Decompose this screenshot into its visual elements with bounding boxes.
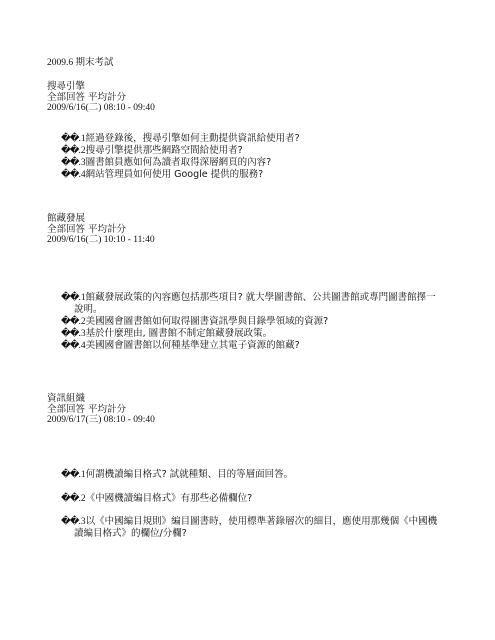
question-item: ��.4美國國會圖書館以何種基準建立其電子資源的館藏? [61,340,300,352]
question-text: 基於什麼理由, 圖書館不制定館藏發展政策。 [86,328,273,339]
bullet-glyph-icon: �� [61,292,78,303]
section-schedule: 2009/6/16(二) 08:10 - 09:40 [47,103,155,114]
bullet-glyph-icon: �� [61,493,78,504]
question-text-continuation: 說明。 [61,304,436,316]
section-instruction: 全部回答 平均計分 [47,404,126,415]
bullet-glyph-icon: �� [61,157,78,168]
question-text: 館藏發展政策的內容應包括那些項目? 就大學圖書館、公共圖書館或專門圖書館擇一 [86,292,436,303]
section-schedule: 2009/6/16(二) 10:10 - 11:40 [47,235,155,246]
question-text: 搜尋引擎提供那些網路空間給使用者? [86,145,243,156]
document-page: 2009.6 期末考試 搜尋引擎 全部回答 平均計分 2009/6/16(二) … [0,0,495,640]
question-text: 圖書館員應如何為讀者取得深層網頁的內容? [86,157,272,168]
question-text: 美國國會圖書館以何種基準建立其電子資源的館藏? [86,340,300,351]
section-subject: 館藏發展 [47,213,85,224]
bullet-glyph-icon: �� [61,316,78,327]
section-instruction: 全部回答 平均計分 [47,92,126,103]
question-text: 美國國會圖書館如何取得圖書資訊學與目錄學領域的資源? [86,316,329,327]
bullet-glyph-icon: �� [61,133,78,144]
question-item: ��.2美國國會圖書館如何取得圖書資訊學與目錄學領域的資源? [61,316,328,328]
question-item: ��.4網站管理員如何使用 Google 提供的服務? [61,169,263,181]
bullet-glyph-icon: �� [61,340,78,351]
question-item: ��.3以《中國編目規則》編目圖書時，使用標準著錄層次的細目，應使用那幾個《中國… [61,516,437,540]
section-schedule: 2009/6/17(三) 08:10 - 09:40 [47,415,155,426]
bullet-glyph-icon: �� [61,328,78,339]
bullet-glyph-icon: �� [61,516,78,527]
document-title: 2009.6 期末考試 [47,58,114,69]
question-item: ��.3圖書館員應如何為讀者取得深層網頁的內容? [61,157,271,169]
bullet-glyph-icon: �� [61,169,78,180]
question-text: 《中國機讀編目格式》有那些必備欄位? [86,493,253,504]
question-item: ��.1何謂機讀編目格式? 試就種類、目的等層面回答。 [61,469,293,481]
question-item: ��.3基於什麼理由, 圖書館不制定館藏發展政策。 [61,328,272,340]
question-text: 何謂機讀編目格式? 試就種類、目的等層面回答。 [86,469,294,480]
question-text-continuation: 讀編目格式》的欄位/分欄? [61,528,437,540]
question-item: ��.1經過登錄後，搜尋引擎如何主動提供資訊給使用者? [61,133,300,145]
section-instruction: 全部回答 平均計分 [47,224,126,235]
bullet-glyph-icon: �� [61,469,78,480]
question-item: ��.1館藏發展政策的內容應包括那些項目? 就大學圖書館、公共圖書館或專門圖書館… [61,292,436,316]
section-subject: 資訊組織 [47,393,85,404]
question-item: ��.2搜尋引擎提供那些網路空間給使用者? [61,145,243,157]
question-text: 經過登錄後，搜尋引擎如何主動提供資訊給使用者? [86,133,300,144]
question-item: ��.2《中國機讀編目格式》有那些必備欄位? [61,493,252,505]
section-subject: 搜尋引擎 [47,81,85,92]
question-text: 網站管理員如何使用 Google 提供的服務? [86,169,264,180]
question-text: 以《中國編目規則》編目圖書時，使用標準著錄層次的細目，應使用那幾個《中國機 [86,516,438,527]
bullet-glyph-icon: �� [61,145,78,156]
